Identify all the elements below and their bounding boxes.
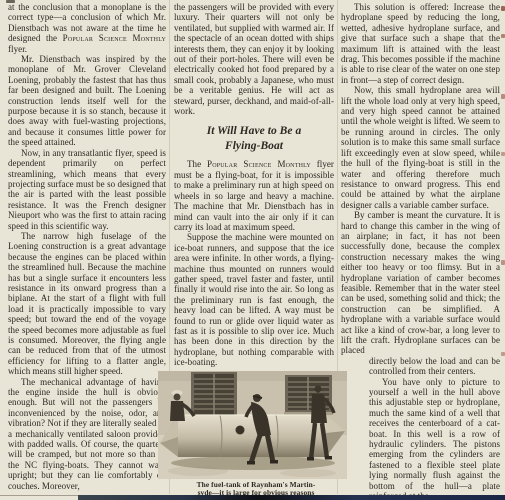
column-3: This solution is offered: Increase the h…: [341, 2, 500, 498]
paragraph: The mechanical advantage of having the e…: [8, 377, 166, 491]
paragraph: Mr. Dienstbach was inspired by the monop…: [8, 54, 166, 148]
scan-artifact: [501, 94, 505, 99]
section-heading: It Will Have to Be a Flying-Boat: [188, 124, 320, 153]
column-1: at the conclusion that a monoplane is th…: [8, 2, 166, 496]
paragraph: The Popular Science Monthly flyer must b…: [174, 159, 334, 232]
paragraph: The narrow high fuselage of the Loening …: [8, 231, 166, 377]
page-bottom-hairline: [0, 495, 78, 496]
scan-artifact: [501, 6, 505, 11]
paragraph: Now, in any transatlantic flyer, speed i…: [8, 148, 166, 231]
scan-artifact: [501, 152, 505, 156]
paragraph: Suppose the machine were mounted on ice-…: [174, 232, 334, 367]
paragraph: at the conclusion that a monoplane is th…: [8, 2, 166, 54]
window-bottom-bar: [78, 495, 505, 500]
scan-artifact: [501, 352, 505, 356]
fuel-tank-photo: [158, 371, 347, 479]
tank-porthole: [236, 426, 245, 435]
shuttered-window-left: [190, 372, 238, 420]
scanned-magazine-page: { "page": { "paper_color": "#e8e4d6", "i…: [0, 0, 505, 500]
scan-artifact: [6, 0, 15, 3]
paragraph: directly below the load and can be contr…: [369, 356, 500, 377]
paragraph: This solution is offered: Increase the h…: [341, 2, 500, 85]
scan-artifact: [501, 34, 505, 38]
paragraph: You have only to picture to yourself a w…: [369, 377, 500, 498]
shuttered-window-right: [284, 375, 333, 415]
scan-artifact: [501, 260, 505, 265]
paragraph: Now, this small hydroplane area will lif…: [341, 85, 500, 210]
paragraph: the passengers will be provided with eve…: [174, 2, 334, 116]
text-wrap-around-photo: directly below the load and can be contr…: [369, 356, 500, 498]
paragraph: By camber is meant the curvature. It is …: [341, 210, 500, 356]
